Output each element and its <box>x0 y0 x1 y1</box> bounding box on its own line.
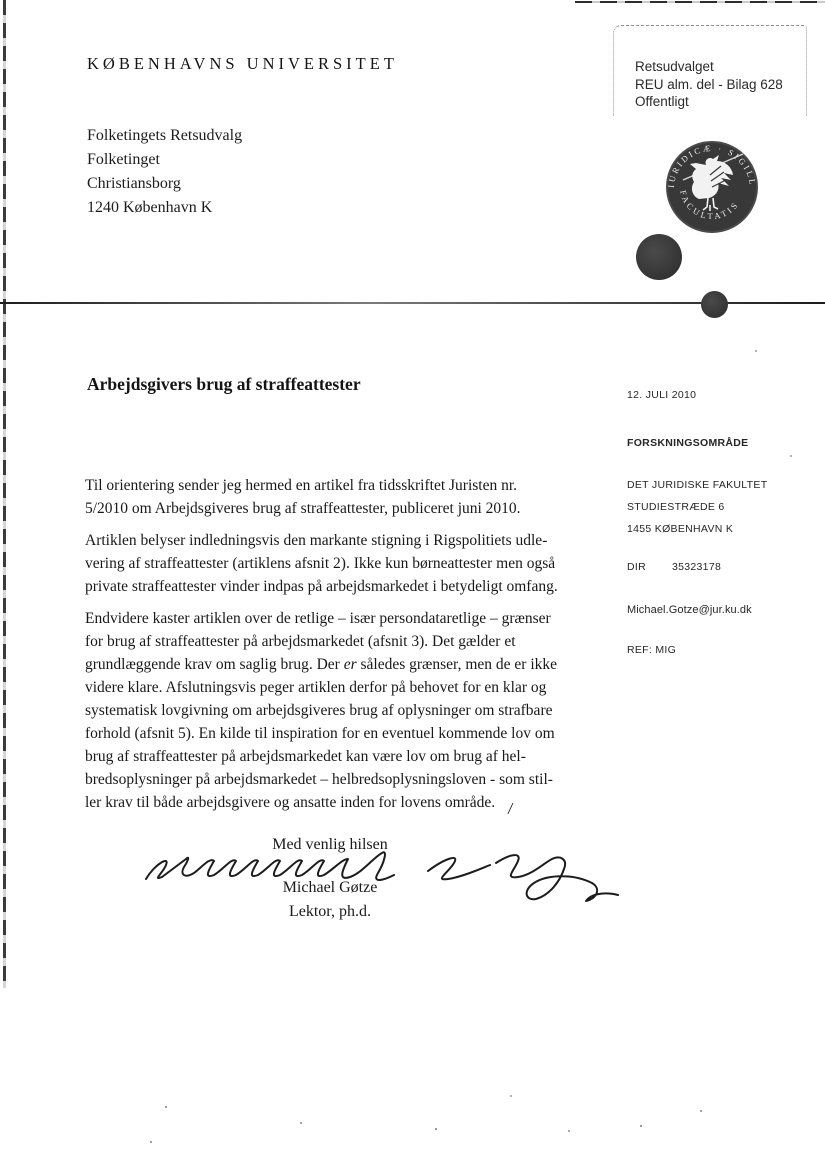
paragraph-3-end: således grænser, men de er ikke videre k… <box>85 656 557 811</box>
paragraph-3-italic-word: er <box>344 656 357 673</box>
scan-noise-specks <box>165 1106 167 1108</box>
sidebar-faculty: DET JURIDISKE FAKULTET <box>627 479 767 491</box>
seal-blot-small <box>701 291 728 318</box>
sidebar-section-label: FORSKNINGSOMRÅDE <box>627 437 748 449</box>
faculty-of-law-seal-icon: IURIDICÆ · SIGILLUM FACULTATIS <box>666 141 758 233</box>
sender-title: Lektor, ph.d. <box>210 903 450 921</box>
letter-body: Til orientering sender jeg hermed en art… <box>85 474 645 823</box>
recipient-address: Folketingets Retsudvalg Folketinget Chri… <box>87 124 242 220</box>
sender-name: Michael Gøtze <box>210 879 450 897</box>
letter-page: KØBENHAVNS UNIVERSITET Retsudvalget REU … <box>0 0 825 1168</box>
handwritten-signature <box>138 847 633 909</box>
scan-edge-artifact-top <box>575 1 825 3</box>
paragraph-1: Til orientering sender jeg hermed en art… <box>85 474 645 520</box>
letter-date: 12. JULI 2010 <box>627 389 696 401</box>
committee-stamp-text: Retsudvalget REU alm. del - Bilag 628 Of… <box>635 58 783 111</box>
scan-edge-artifact-left <box>3 0 6 988</box>
paragraph-3: Endvidere kaster artiklen over de retlig… <box>85 607 645 814</box>
university-name: KØBENHAVNS UNIVERSITET <box>87 54 398 74</box>
paragraph-2: Artiklen belyser indledningsvis den mark… <box>85 529 645 598</box>
sidebar-email: Michael.Gotze@jur.ku.dk <box>627 604 752 616</box>
phone-number: 35323178 <box>672 561 721 573</box>
subject-line: Arbejdsgivers brug af straffeattester <box>87 374 361 395</box>
seal-blot-medium <box>636 234 682 280</box>
